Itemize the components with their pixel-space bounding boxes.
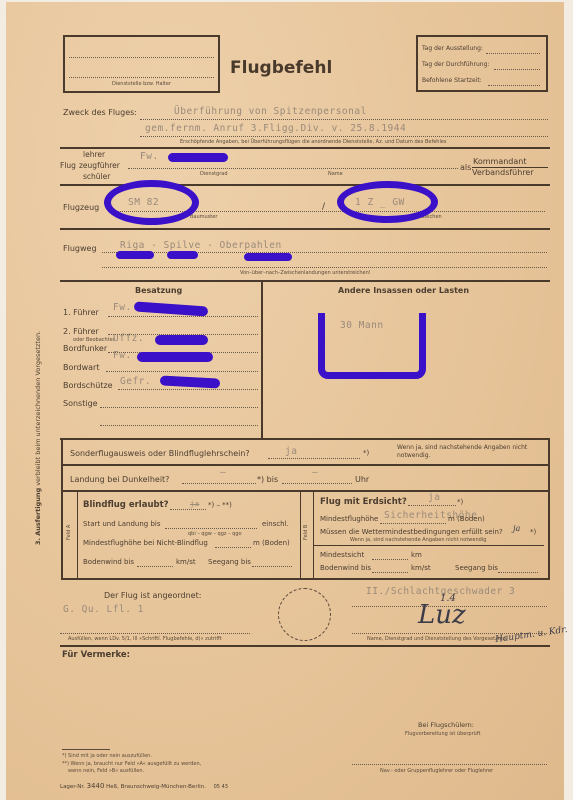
issue-date-label: Tag der Ausstellung:: [422, 45, 483, 52]
pilot-rank[interactable]: Fw.: [140, 151, 159, 162]
field-a-qbi: qbi – qgw – qgz – qgo: [188, 531, 242, 537]
purpose-line-1[interactable]: Überführung von Spitzenpersonal: [174, 106, 367, 117]
execution-date-field[interactable]: [494, 69, 540, 70]
field-b-weather-value[interactable]: ja: [513, 524, 520, 533]
office-line-2: [69, 77, 214, 78]
students-label: Bei Flugschülern:: [418, 721, 474, 729]
field-b-visibility-dotline: [372, 559, 408, 560]
footnote-rule: [62, 749, 110, 750]
ordered-caption: Ausfüllen, wenn LDv. 5/1, III »Schriftl.…: [68, 636, 222, 642]
signature: Luz: [418, 600, 466, 630]
printer-date: 05 43: [214, 784, 228, 790]
aircraft-sep: /: [322, 202, 325, 212]
crew-sub-2: oder Beobachter: [73, 337, 115, 343]
special-note: Wenn ja, sind nachstehende Angaben nicht…: [397, 444, 547, 460]
purpose-label: Zweck des Fluges:: [63, 108, 137, 117]
field-a-title: Blindflug erlaubt?: [83, 500, 169, 510]
registration-circle-marker: [337, 181, 438, 223]
office-caption: Dienststelle bzw. Halter: [65, 81, 218, 87]
field-b-value[interactable]: ja: [428, 492, 440, 503]
field-b-min-alt-dotline: [380, 523, 446, 524]
execution-date-label: Tag der Durchführung:: [422, 61, 489, 68]
divider: [61, 490, 550, 492]
ordered-value[interactable]: G. Qu. Lfl. 1: [63, 604, 144, 615]
pilot-prefix: Flug: [60, 161, 76, 170]
route-underline-3: [244, 253, 292, 261]
route-label: Flugweg: [63, 244, 97, 253]
bracket-marker: [318, 313, 426, 379]
crew-dotline-7: [100, 425, 258, 426]
rank-caption: Dienstgrad: [200, 171, 228, 177]
route-dotline-2: [102, 267, 547, 268]
night-until-dotline: [282, 483, 352, 484]
aircraft-type-caption: Baumuster: [190, 214, 217, 220]
aircraft-label: Flugzeug: [63, 203, 99, 212]
field-b-weather-note: Wenn ja, sind nachstehende Angaben nicht…: [350, 537, 486, 543]
field-b-weather-mark: *): [530, 528, 536, 536]
crew-label-1: 1. Führer: [63, 308, 99, 317]
purpose-dotline-2: [140, 136, 548, 137]
pilot-opt-zeugfuehrer: zeugführer: [79, 161, 120, 170]
crew-label-5: Bordschütze: [63, 381, 113, 390]
field-a-min-alt-unit: m (Boden): [253, 539, 290, 547]
footnote-1: *) Sind mit ja oder nein auszufüllen.: [62, 753, 152, 759]
night-unit: Uhr: [355, 475, 369, 484]
field-a-wind: Bodenwind bis: [83, 558, 134, 566]
special-label: Sonderflugausweis oder Blindfluglehrsche…: [70, 449, 250, 458]
divider: [60, 147, 550, 149]
students-sub: Flugvorbereitung ist überprüft: [405, 731, 480, 737]
field-b-min-alt: Mindestflughöhe: [320, 515, 378, 523]
route-underline-1: [116, 251, 154, 259]
crew-label-4: Bordwart: [63, 363, 99, 372]
field-b-wind-dotline: [372, 572, 408, 573]
field-b-label: Feld B: [303, 525, 309, 540]
field-b-wind-unit: km/st: [411, 564, 431, 572]
crew-value-5[interactable]: Gefr.: [120, 376, 151, 387]
page-title: Flugbefehl: [230, 58, 332, 78]
students-caption: Nav.- oder Gruppenfluglehrer oder Flugle…: [380, 768, 493, 774]
crew-heading: Besatzung: [135, 286, 182, 295]
field-a-min-alt: Mindestflughöhe bei Nicht-Blindflug: [83, 539, 208, 547]
field-b-min-alt-unit: m (Boden): [448, 515, 485, 523]
footnote-2a: **) Wenn ja, braucht nur Feld »A« ausgef…: [62, 761, 201, 767]
crew-column-divider: [261, 281, 263, 438]
printer-number: 3440: [87, 782, 105, 790]
field-b-title-dotline: [408, 505, 456, 506]
crew-label-2: 2. Führer: [63, 327, 99, 336]
field-a-value[interactable]: ja: [190, 500, 199, 508]
role-kommandant: Kommandant: [473, 157, 527, 166]
pilot-opt-schueler: schüler: [83, 172, 110, 181]
printer-prefix: Lager-Nr.: [60, 784, 85, 790]
field-b-wind: Bodenwind bis: [320, 564, 371, 572]
crew-label-6: Sonstige: [63, 399, 98, 408]
purpose-line-2[interactable]: gem.fernm. Anruf 3.Fligg.Div. v. 25.8.19…: [145, 123, 406, 134]
divider: [60, 645, 550, 647]
special-mark: *): [363, 449, 369, 457]
field-b-sea: Seegang bis: [455, 564, 498, 572]
crew-value-1[interactable]: Fw.: [113, 302, 132, 313]
field-a-start-end: einschl.: [262, 520, 289, 528]
crew-redaction-3: [137, 352, 213, 362]
ordered-label: Der Flug ist angeordnet:: [104, 591, 201, 600]
field-divider-1: [300, 491, 301, 579]
side-note-rest: verbleibt beim unterzeichnenden Vorgeset…: [34, 331, 42, 486]
crew-dotline-1: [108, 316, 258, 317]
night-dotline: [182, 483, 256, 484]
ordered-unit-caption: Name, Dienstgrad und Dienststellung des …: [367, 636, 506, 642]
pilot-dotline: [128, 168, 458, 169]
signature-date: 1.4: [440, 593, 456, 604]
field-a-start-landing: Start und Landung bis: [83, 520, 161, 528]
ordered-dotline: [60, 633, 250, 634]
stamp-circle: [278, 588, 331, 641]
night-mark: *) bis: [257, 475, 278, 484]
route-value[interactable]: Riga - Spilve - Oberpahlen: [120, 240, 282, 251]
divider: [60, 280, 550, 282]
field-b-inner-divider: [314, 545, 544, 546]
crew-dotline-4: [106, 371, 258, 372]
field-a-wind-dotline: [137, 566, 173, 567]
role-verbandsfuehrer: Verbandsführer: [472, 168, 534, 177]
route-caption: Von–über–nach–Zwischenlandungen unterstr…: [240, 270, 371, 276]
printer-name: Heß, Braunschweig-München-Berlin.: [106, 784, 206, 790]
field-a-marks: *) – **): [208, 501, 232, 509]
field-a-wind-unit: km/st: [176, 558, 196, 566]
field-a-sea: Seegang bis: [208, 558, 251, 566]
office-box: Dienststelle bzw. Halter: [63, 35, 220, 93]
office-line-1: [69, 57, 214, 58]
field-b-mark: *): [457, 498, 463, 506]
field-a-start-dotline: [165, 528, 257, 529]
issue-date-field[interactable]: [486, 53, 540, 54]
field-b-title: Flug mit Erdsicht?: [320, 497, 407, 507]
als-label: als: [460, 163, 471, 172]
other-heading: Andere Insassen oder Lasten: [338, 286, 469, 295]
side-note-bold: 3. Ausfertigung: [34, 488, 42, 545]
field-a-side-divider: [77, 491, 78, 579]
field-b-visibility-unit: km: [411, 551, 422, 559]
divider: [61, 464, 550, 466]
field-b-sea-dotline: [498, 572, 538, 573]
purpose-caption: Erschöpfende Angaben, bei Überführungsfl…: [180, 139, 447, 145]
crew-dotline-6: [100, 407, 258, 408]
field-b-weather: Müssen die Wettermindestbedingungen erfü…: [320, 528, 503, 536]
crew-redaction-2: [155, 335, 208, 345]
remarks-label: Für Vermerke:: [62, 650, 130, 660]
printer-line: Lager-Nr. 3440 Heß, Braunschweig-München…: [60, 782, 228, 790]
crew-dotline-5: [118, 389, 258, 390]
side-note: 3. Ausfertigung verbleibt beim unterzeic…: [34, 331, 42, 545]
field-a-min-alt-dotline: [215, 547, 251, 548]
field-a-label: Feld A: [66, 525, 72, 540]
field-a-sea-dotline: [252, 566, 292, 567]
footnote-2b: wenn nein, Feld »B« ausfüllen.: [68, 768, 144, 774]
special-value[interactable]: ja: [285, 446, 297, 457]
night-until[interactable]: –: [312, 467, 318, 478]
pilot-opt-lehrer: lehrer: [83, 150, 105, 159]
start-time-label: Befohlene Startzeit:: [422, 77, 482, 84]
type-circle-marker: [104, 180, 199, 225]
crew-label-3: Bordfunker: [63, 344, 107, 353]
field-a-title-dotline: [170, 509, 206, 510]
students-dotline: [352, 764, 547, 765]
night-label: Landung bei Dunkelheit?: [70, 475, 169, 484]
name-caption: Name: [328, 171, 343, 177]
special-dotline: [268, 458, 360, 459]
dates-box: Tag der Ausstellung: Tag der Durchführun…: [416, 35, 548, 92]
divider: [60, 228, 550, 230]
purpose-dotline-1: [140, 119, 548, 120]
start-time-field[interactable]: [488, 85, 540, 86]
field-b-visibility: Mindestsicht: [320, 551, 364, 559]
route-underline-2: [167, 251, 198, 259]
night-value[interactable]: –: [220, 467, 226, 478]
field-divider-2: [313, 491, 314, 579]
pilot-name-redaction: [168, 153, 228, 162]
